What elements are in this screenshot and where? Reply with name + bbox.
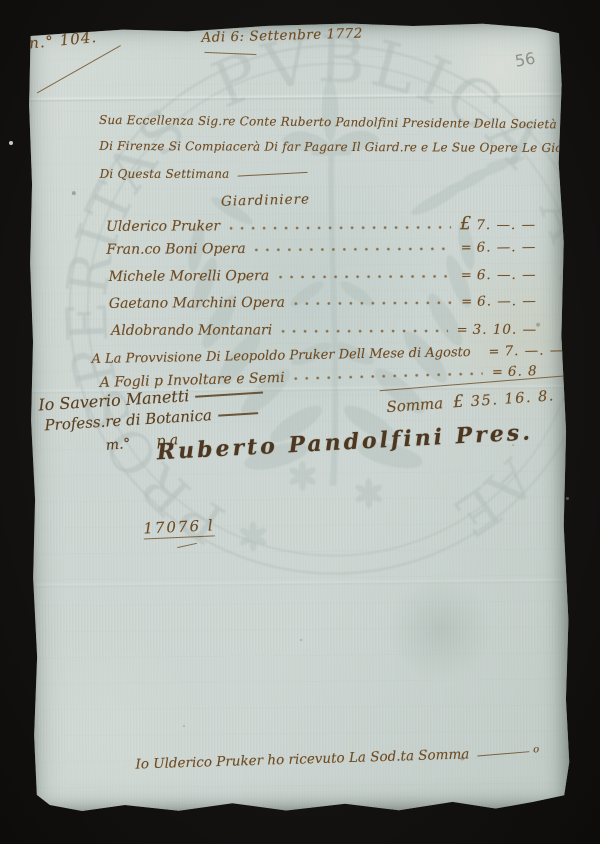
entry-name: Aldobrando Montanari xyxy=(111,322,272,338)
amount-prefix: = xyxy=(461,241,472,256)
amount-prefix: = xyxy=(461,268,472,283)
body-text-line-3-text: Di Questa Settimana xyxy=(100,167,230,181)
amount-prefix: = xyxy=(492,365,503,380)
entry-name: Fran.co Boni Opera xyxy=(106,241,245,258)
dot-leader xyxy=(255,247,452,252)
watermark-inscription: PROSPERITAS PVBLICA AVG AE xyxy=(52,21,571,558)
ledger-row: Gaetano Marchini Opera = 6. —. — xyxy=(109,293,537,312)
scanned-manuscript-page: { "corner": { "archive_number": "n.° 104… xyxy=(0,0,600,844)
ledger-row: Michele Morelli Opera = 6. —. — xyxy=(109,267,537,285)
dot-leader xyxy=(278,274,452,279)
pen-dash-flourish xyxy=(195,391,263,397)
date-underline-flourish xyxy=(204,52,256,55)
entry-name: Ulderico Pruker xyxy=(106,218,220,234)
dot-leader xyxy=(294,372,484,381)
registry-tick-mark xyxy=(177,543,197,548)
date-line: Adi 6: Settenbre 1772 xyxy=(201,26,363,46)
paper-fold-crease xyxy=(27,91,564,102)
entry-amount: 6. —. — xyxy=(477,267,537,283)
entry-amount: 3. 10. — xyxy=(473,322,537,338)
entry-name: Gaetano Marchini Opera xyxy=(109,295,285,312)
body-text-line-1: Sua Eccellenza Sig.re Conte Ruberto Pand… xyxy=(99,113,600,132)
ledger-row: Aldobrando Montanari = 3. 10. — xyxy=(111,322,537,339)
dot-leader xyxy=(229,225,451,230)
amount-prefix: = xyxy=(488,345,499,360)
svg-text:AE: AE xyxy=(433,444,548,554)
ledger-heading: Giardiniere xyxy=(221,191,310,209)
receipt-text: Io Ulderico Pruker ho ricevuto La Sod.ta… xyxy=(135,746,469,772)
paper-fold-crease xyxy=(32,577,569,588)
svg-text:PVBLICA: PVBLICA xyxy=(202,21,564,190)
pen-dash-flourish xyxy=(218,412,258,416)
entry-name: A La Provvisione Di Leopoldo Pruker Dell… xyxy=(91,345,470,367)
background-speck xyxy=(566,497,569,500)
entry-amount: 7. —. — xyxy=(504,342,564,359)
amount-prefix: = xyxy=(457,323,468,338)
entry-amount: 6. —. — xyxy=(477,239,537,255)
watermark-text-right-lower: AE xyxy=(433,444,548,554)
dot-leader xyxy=(281,329,448,333)
dot-leader xyxy=(294,301,452,306)
pen-dash-flourish xyxy=(238,172,308,177)
ink-specks xyxy=(26,27,28,29)
receipt-trailing-mark: o xyxy=(533,744,539,755)
amount-prefix: £ xyxy=(460,213,472,234)
background-speck xyxy=(9,141,13,145)
amount-prefix: = xyxy=(461,295,472,310)
ledger-row: Fran.co Boni Opera = 6. —. — xyxy=(106,239,536,258)
spacer xyxy=(131,446,157,448)
archive-number: n.° 104. xyxy=(28,28,98,53)
watermark-text-top: PVBLICA xyxy=(202,21,564,190)
manuscript-paper-sheet: PROSPERITAS PVBLICA AVG AE xyxy=(26,21,571,814)
folio-number-pencil: 56 xyxy=(513,49,536,71)
sum-value: 35. 16. 8. xyxy=(470,388,555,410)
entry-amount: 7. —. — xyxy=(476,217,536,233)
entry-name: Michele Morelli Opera xyxy=(109,268,270,285)
ledger-row: A La Provvisione Di Leopoldo Pruker Dell… xyxy=(91,343,537,367)
entry-amount: 6. —. — xyxy=(477,293,537,309)
pen-flourish-stroke xyxy=(37,45,121,93)
sum-label: Somma xyxy=(386,394,444,416)
ledger-row: Ulderico Pruker £ 7. —. — xyxy=(106,213,536,236)
pen-dash-flourish xyxy=(477,751,529,756)
president-signature: Ruberto Pandolfini Pres. xyxy=(156,419,533,465)
body-text-line-2: Di Firenze Si Compiacerà Di far Pagare I… xyxy=(99,139,596,155)
body-text-line-3: Di Questa Settimana xyxy=(100,167,308,181)
sum-currency: £ xyxy=(452,392,464,413)
receipt-acknowledgement-line: Io Ulderico Pruker ho ricevuto La Sod.ta… xyxy=(135,744,539,772)
abbreviation-mo: m.° xyxy=(105,436,131,454)
sum-line: Somma£35. 16. 8. xyxy=(386,385,556,417)
registry-number: 17076 l xyxy=(143,516,215,539)
